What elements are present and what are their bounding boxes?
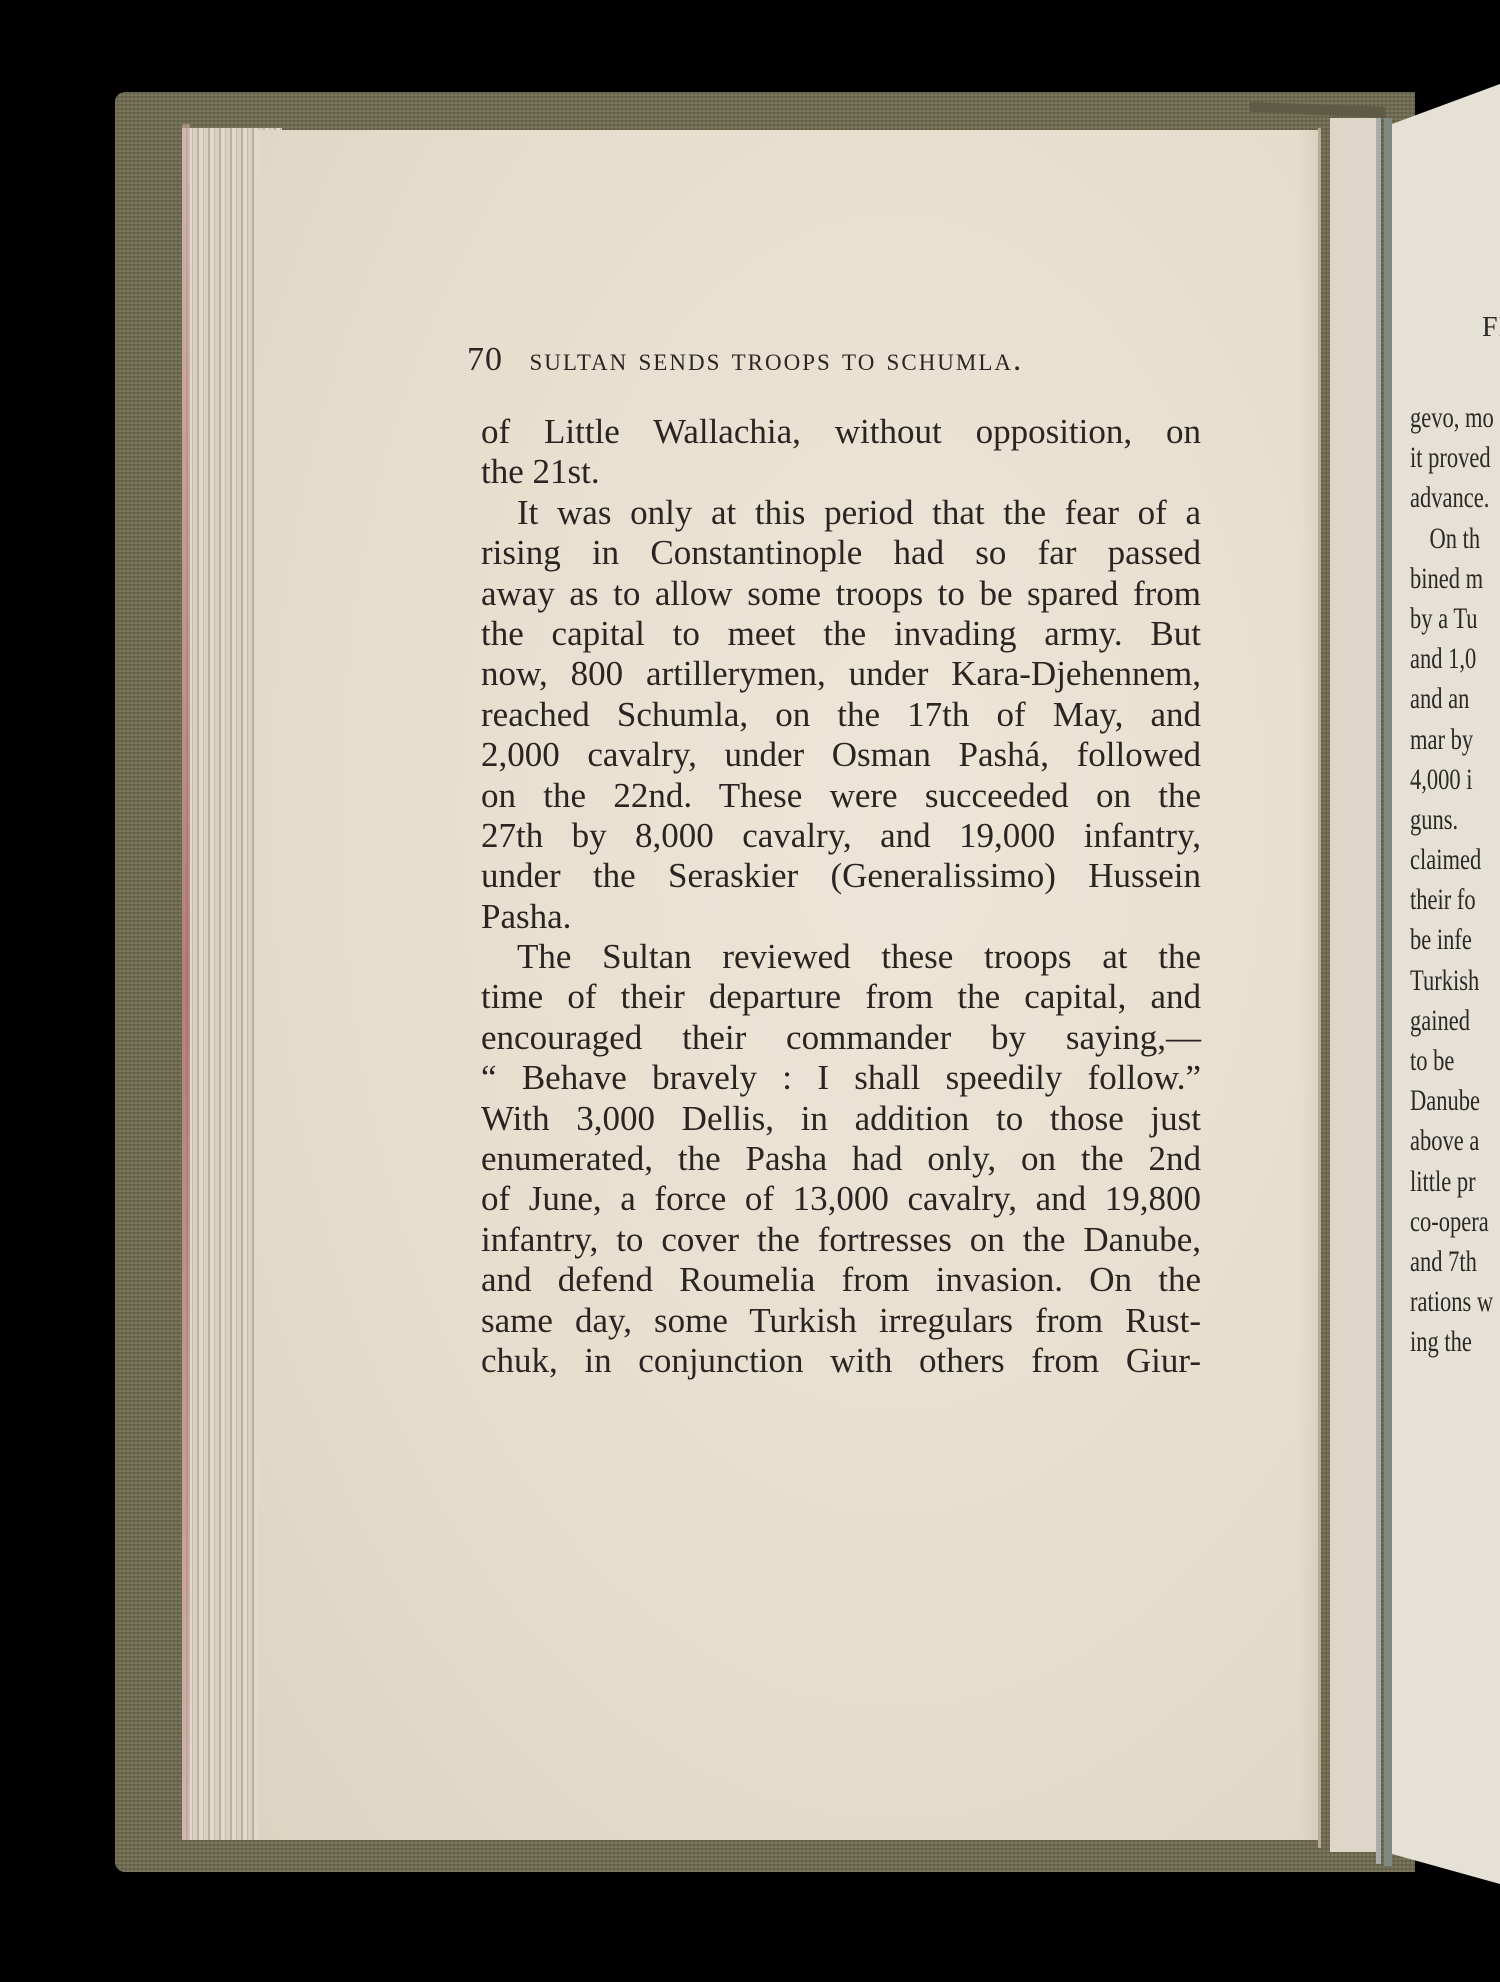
text-line: of June, a force of 13,000 cavalry, and … xyxy=(481,1179,1201,1219)
running-head: 70 SULTAN SENDS TROOPS TO SCHUMLA. xyxy=(467,341,1167,379)
text-line-fragment: bined m xyxy=(1410,559,1500,599)
text-line: the capital to meet the invading army. B… xyxy=(481,614,1201,654)
text-line-fragment: claimed xyxy=(1410,840,1500,880)
text-line-fragment: guns. xyxy=(1410,800,1500,840)
text-line-fragment: and 7th xyxy=(1410,1242,1500,1282)
text-line-fragment: co-opera xyxy=(1410,1202,1500,1242)
text-line: Pasha. xyxy=(481,897,1201,937)
text-line-fragment: advance. xyxy=(1410,478,1500,518)
text-line: chuk, in conjunction with others from Gi… xyxy=(481,1341,1201,1381)
running-head-title: SULTAN SENDS TROOPS TO SCHUMLA. xyxy=(530,342,1024,378)
text-line: It was only at this period that the fear… xyxy=(481,493,1201,533)
headband xyxy=(182,124,190,1840)
text-line: 27th by 8,000 cavalry, and 19,000 infant… xyxy=(481,816,1201,856)
text-line: enumerated, the Pasha had only, on the 2… xyxy=(481,1139,1201,1179)
left-page-body: of Little Wallachia, without opposition,… xyxy=(481,412,1201,1381)
text-line-fragment: by a Tu xyxy=(1410,599,1500,639)
text-line: encouraged their commander by saying,— xyxy=(481,1018,1201,1058)
text-line-fragment: above a xyxy=(1410,1121,1500,1161)
right-page-body: gevo, moit provedadvance.On thbined mby … xyxy=(1410,398,1500,1363)
text-line: With 3,000 Dellis, in addition to those … xyxy=(481,1099,1201,1139)
gutter-strip xyxy=(1330,118,1378,1852)
text-line-fragment: ing the xyxy=(1410,1322,1500,1362)
text-line-fragment: rations w xyxy=(1410,1282,1500,1322)
text-line-fragment: and 1,0 xyxy=(1410,639,1500,679)
text-line: same day, some Turkish irregulars from R… xyxy=(481,1301,1201,1341)
text-line: and defend Roumelia from invasion. On th… xyxy=(481,1260,1201,1300)
text-line-fragment: mar by xyxy=(1410,720,1500,760)
text-line-fragment: 4,000 i xyxy=(1410,760,1500,800)
text-line: away as to allow some troops to be spare… xyxy=(481,574,1201,614)
text-line: rising in Constantinople had so far pass… xyxy=(481,533,1201,573)
text-line: The Sultan reviewed these troops at the xyxy=(481,937,1201,977)
text-line: of Little Wallachia, without opposition,… xyxy=(481,412,1201,452)
text-line-fragment: On th xyxy=(1410,519,1500,559)
text-line: on the 22nd. These were succeeded on the xyxy=(481,776,1201,816)
text-line-fragment: it proved xyxy=(1410,438,1500,478)
text-line-fragment: Danube xyxy=(1410,1081,1500,1121)
text-line-fragment: and an xyxy=(1410,679,1500,719)
text-line: under the Seraskier (Generalissimo) Huss… xyxy=(481,856,1201,896)
text-line: reached Schumla, on the 17th of May, and xyxy=(481,695,1201,735)
gutter-fold xyxy=(1318,128,1321,1848)
right-running-head-fragment: FI xyxy=(1482,312,1500,344)
text-line-fragment: their fo xyxy=(1410,880,1500,920)
text-line: time of their departure from the capital… xyxy=(481,977,1201,1017)
text-line-fragment: be infe xyxy=(1410,920,1500,960)
text-line: “ Behave bravely : I shall speedily foll… xyxy=(481,1058,1201,1098)
text-line-fragment: to be xyxy=(1410,1041,1500,1081)
text-line: 2,000 cavalry, under Osman Pashá, follow… xyxy=(481,735,1201,775)
text-line: now, 800 artillerymen, under Kara-Djehen… xyxy=(481,654,1201,694)
text-line: the 21st. xyxy=(481,452,1201,492)
text-line-fragment: little pr xyxy=(1410,1162,1500,1202)
text-line-fragment: gained xyxy=(1410,1001,1500,1041)
spine-edge-dark xyxy=(1384,118,1392,1866)
text-line-fragment: Turkish xyxy=(1410,961,1500,1001)
spine-edge xyxy=(1376,118,1381,1864)
text-line: infantry, to cover the fortresses on the… xyxy=(481,1220,1201,1260)
page-number: 70 xyxy=(467,341,503,378)
text-line-fragment: gevo, mo xyxy=(1410,398,1500,438)
